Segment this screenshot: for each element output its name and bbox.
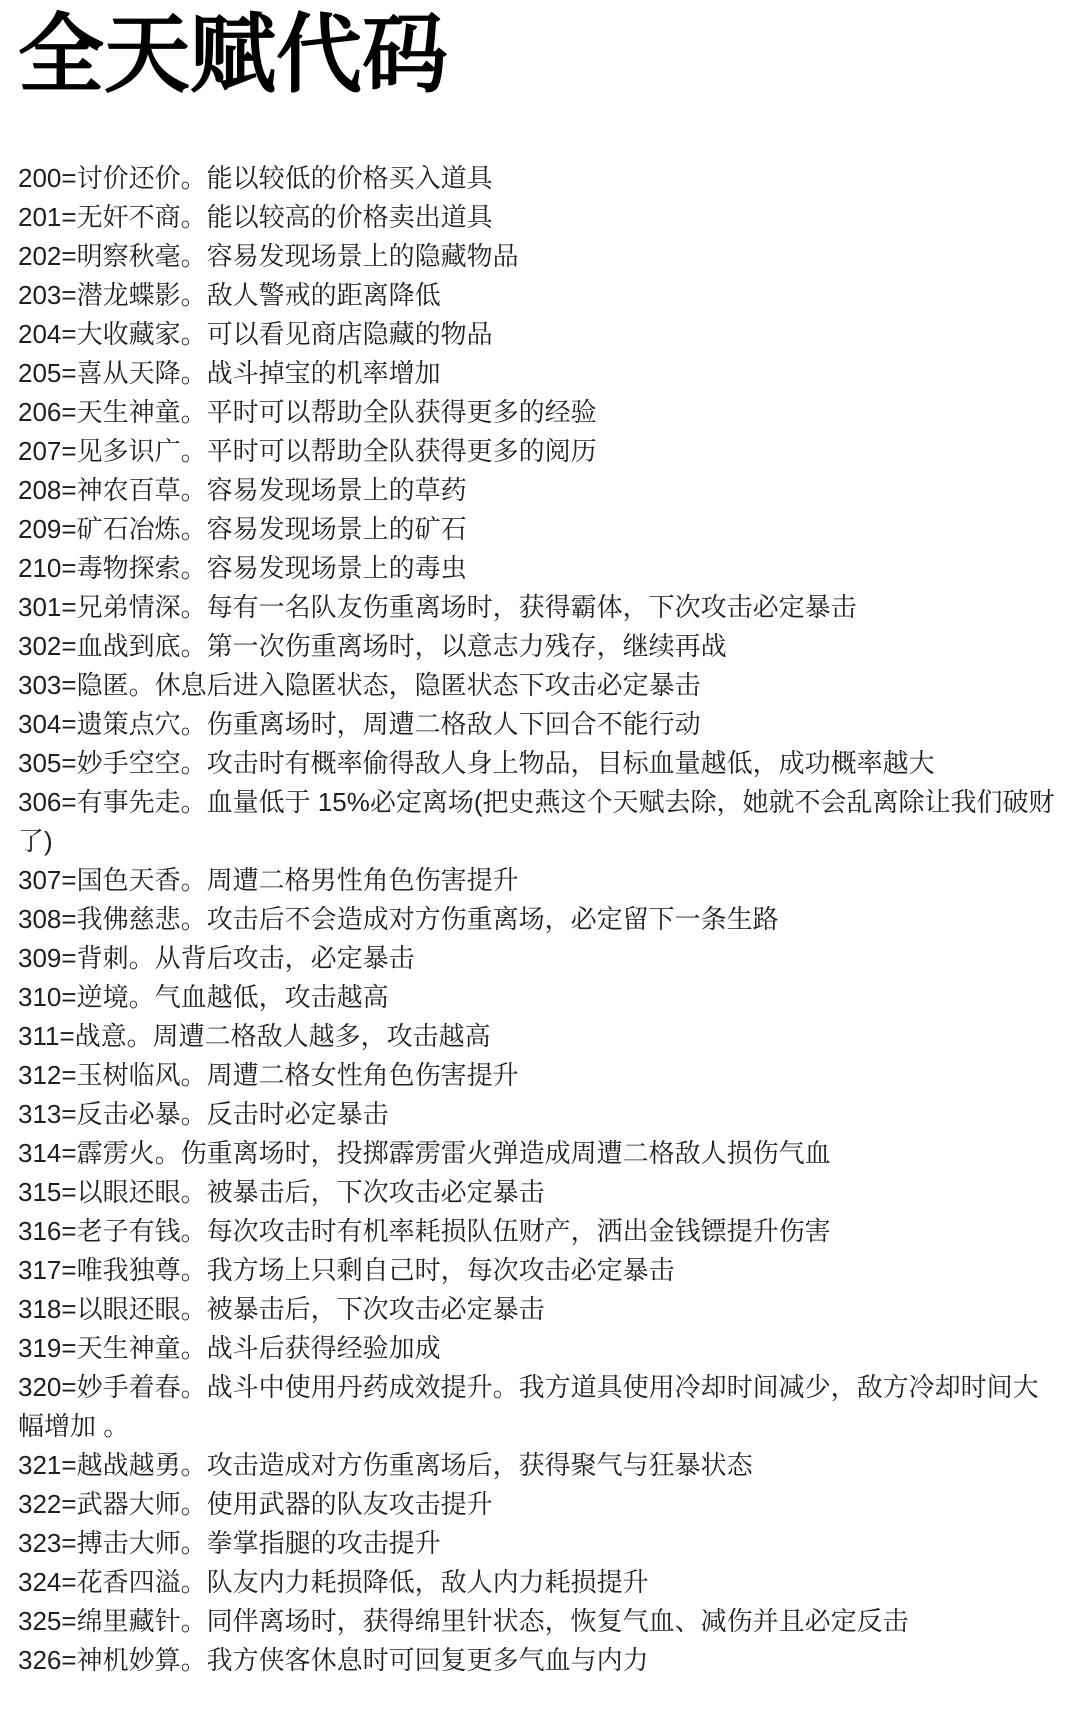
talent-code-line: 301=兄弟情深。每有一名队友伤重离场时，获得霸体，下次攻击必定暴击 [18, 588, 1062, 627]
talent-code-line: 322=武器大师。使用武器的队友攻击提升 [18, 1485, 1062, 1524]
talent-code-line: 318=以眼还眼。被暴击后，下次攻击必定暴击 [18, 1290, 1062, 1329]
talent-code-line: 326=神机妙算。我方侠客休息时可回复更多气血与内力 [18, 1641, 1062, 1680]
talent-code-line: 310=逆境。气血越低，攻击越高 [18, 978, 1062, 1017]
talent-code-line: 320=妙手着春。战斗中使用丹药成效提升。我方道具使用冷却时间减少，敌方冷却时间… [18, 1368, 1062, 1446]
talent-code-line: 304=遗策点穴。伤重离场时，周遭二格敌人下回合不能行动 [18, 705, 1062, 744]
talent-code-line: 321=越战越勇。攻击造成对方伤重离场后，获得聚气与狂暴状态 [18, 1446, 1062, 1485]
talent-code-line: 302=血战到底。第一次伤重离场时，以意志力残存，继续再战 [18, 627, 1062, 666]
talent-code-line: 314=霹雳火。伤重离场时，投掷霹雳雷火弹造成周遭二格敌人损伤气血 [18, 1134, 1062, 1173]
talent-code-line: 313=反击必暴。反击时必定暴击 [18, 1095, 1062, 1134]
talent-code-line: 312=玉树临风。周遭二格女性角色伤害提升 [18, 1056, 1062, 1095]
talent-code-line: 309=背刺。从背后攻击，必定暴击 [18, 939, 1062, 978]
talent-code-line: 202=明察秋毫。容易发现场景上的隐藏物品 [18, 237, 1062, 276]
talent-code-line: 210=毒物探索。容易发现场景上的毒虫 [18, 549, 1062, 588]
talent-code-line: 307=国色天香。周遭二格男性角色伤害提升 [18, 861, 1062, 900]
talent-code-line: 204=大收藏家。可以看见商店隐藏的物品 [18, 315, 1062, 354]
talent-code-line: 207=见多识广。平时可以帮助全队获得更多的阅历 [18, 432, 1062, 471]
talent-code-line: 308=我佛慈悲。攻击后不会造成对方伤重离场，必定留下一条生路 [18, 900, 1062, 939]
talent-code-line: 205=喜从天降。战斗掉宝的机率增加 [18, 354, 1062, 393]
page-title: 全天赋代码 [18, 6, 1062, 105]
talent-code-line: 203=潜龙蝶影。敌人警戒的距离降低 [18, 276, 1062, 315]
talent-code-line: 315=以眼还眼。被暴击后，下次攻击必定暴击 [18, 1173, 1062, 1212]
talent-code-line: 200=讨价还价。能以较低的价格买入道具 [18, 159, 1062, 198]
talent-code-line: 317=唯我独尊。我方场上只剩自己时，每次攻击必定暴击 [18, 1251, 1062, 1290]
talent-code-line: 201=无奸不商。能以较高的价格卖出道具 [18, 198, 1062, 237]
talent-code-line: 306=有事先走。血量低于 15%必定离场(把史燕这个天赋去除，她就不会乱离除让… [18, 783, 1062, 861]
talent-code-list: 200=讨价还价。能以较低的价格买入道具201=无奸不商。能以较高的价格卖出道具… [18, 159, 1062, 1680]
talent-code-line: 208=神农百草。容易发现场景上的草药 [18, 471, 1062, 510]
talent-code-line: 316=老子有钱。每次攻击时有机率耗损队伍财产，洒出金钱镖提升伤害 [18, 1212, 1062, 1251]
talent-code-line: 324=花香四溢。队友内力耗损降低，敌人内力耗损提升 [18, 1563, 1062, 1602]
talent-code-line: 303=隐匿。休息后进入隐匿状态，隐匿状态下攻击必定暴击 [18, 666, 1062, 705]
talent-code-line: 209=矿石冶炼。容易发现场景上的矿石 [18, 510, 1062, 549]
talent-code-line: 206=天生神童。平时可以帮助全队获得更多的经验 [18, 393, 1062, 432]
document-page: 全天赋代码 200=讨价还价。能以较低的价格买入道具201=无奸不商。能以较高的… [0, 0, 1080, 1700]
talent-code-line: 319=天生神童。战斗后获得经验加成 [18, 1329, 1062, 1368]
talent-code-line: 311=战意。周遭二格敌人越多，攻击越高 [18, 1017, 1062, 1056]
talent-code-line: 325=绵里藏针。同伴离场时，获得绵里针状态，恢复气血、减伤并且必定反击 [18, 1602, 1062, 1641]
talent-code-line: 323=搏击大师。拳掌指腿的攻击提升 [18, 1524, 1062, 1563]
talent-code-line: 305=妙手空空。攻击时有概率偷得敌人身上物品，目标血量越低，成功概率越大 [18, 744, 1062, 783]
